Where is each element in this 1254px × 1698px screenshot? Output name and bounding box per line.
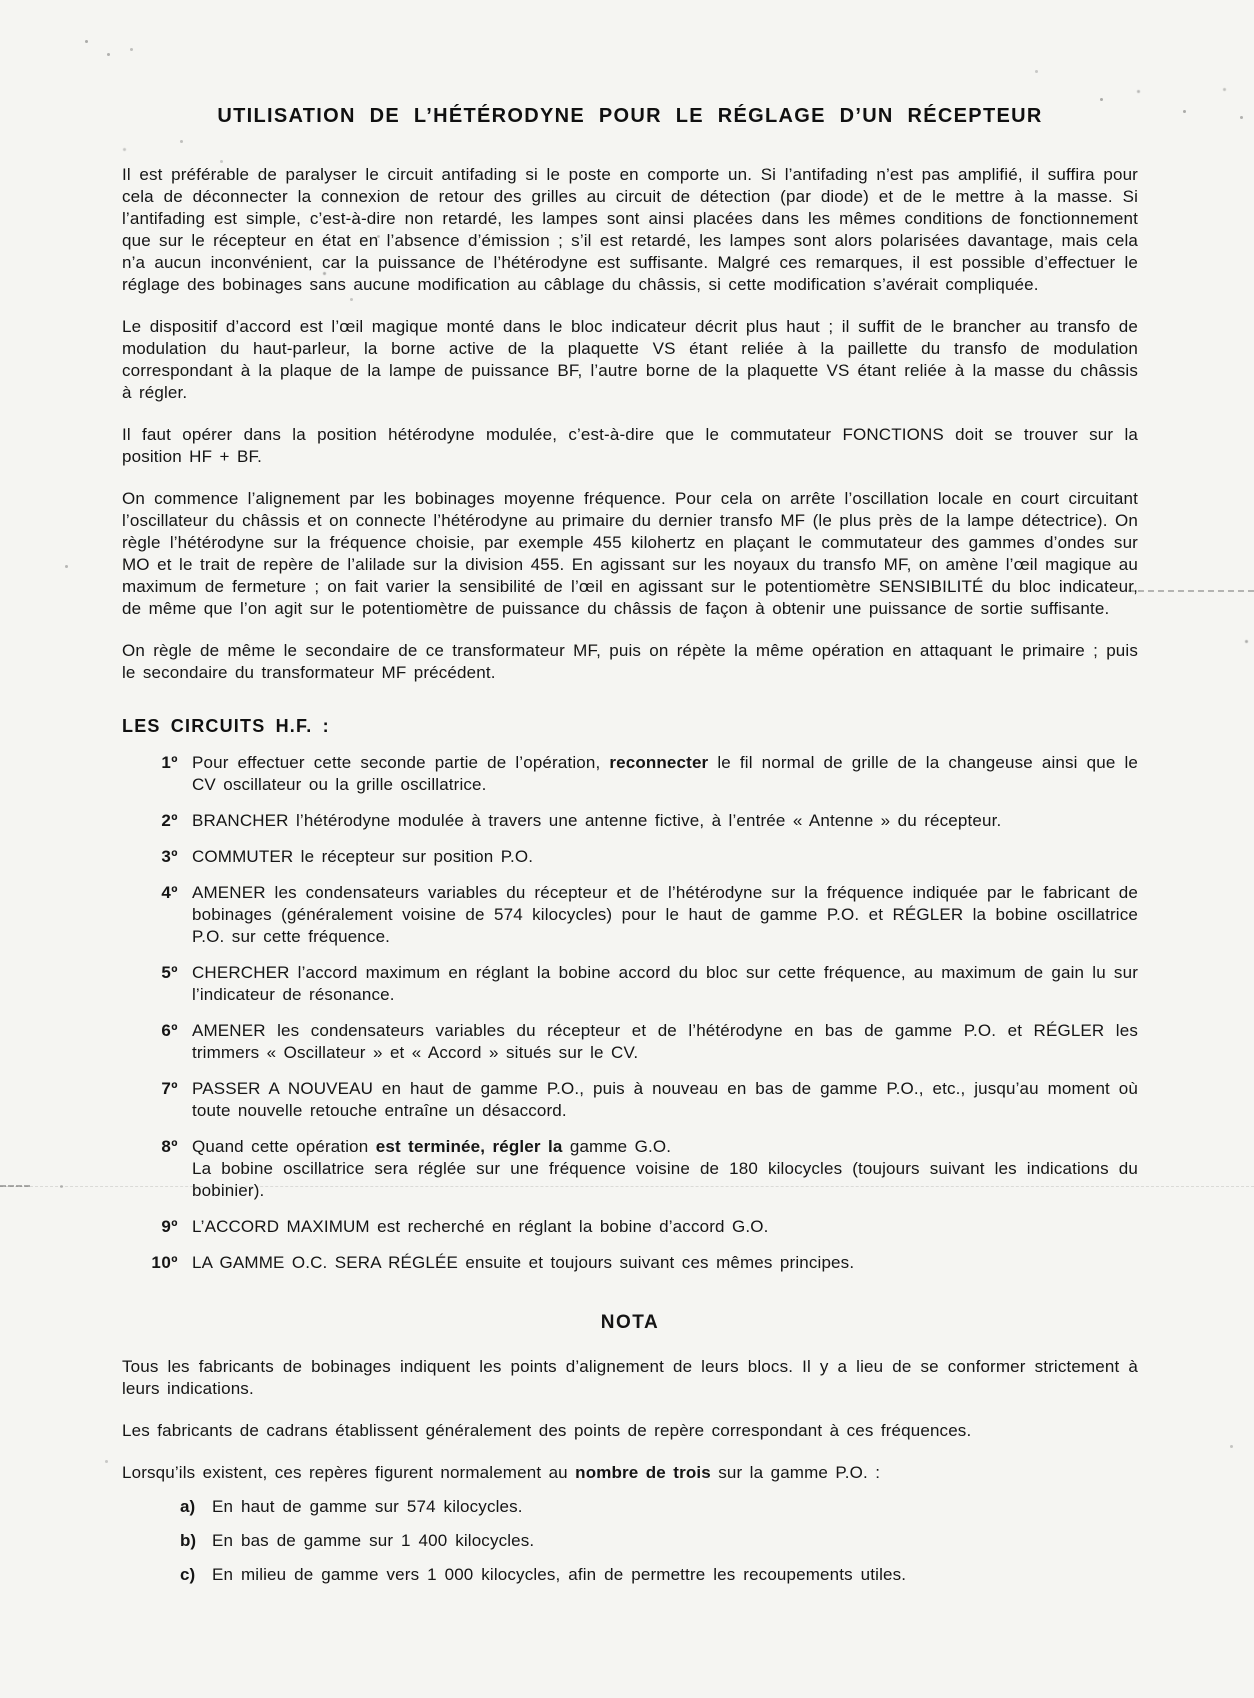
hf-step-2: 2º BRANCHER l’hétérodyne modulée à trave… (132, 810, 1138, 832)
intro-paragraph-5: On règle de même le secondaire de ce tra… (122, 640, 1138, 684)
nota-paragraph-2: Les fabricants de cadrans établissent gé… (122, 1420, 1138, 1442)
hf-step-10: 10º LA GAMME O.C. SERA RÉGLÉE ensuite et… (132, 1252, 1138, 1274)
item-marker: 1º (132, 752, 192, 796)
item-marker: 7º (132, 1078, 192, 1122)
nota-paragraph-3-pre: Lorsqu’ils existent, ces repères figuren… (122, 1463, 575, 1482)
item-text: LA GAMME O.C. SERA RÉGLÉE ensuite et tou… (192, 1252, 1138, 1274)
point-b: b) En bas de gamme sur 1 400 kilocycles. (180, 1530, 1138, 1552)
nota-heading: NOTA (122, 1310, 1138, 1336)
document-title: UTILISATION DE L’HÉTÉRODYNE POUR LE RÉGL… (122, 0, 1138, 130)
item-text-bold: reconnecter (609, 753, 708, 772)
item-text: PASSER A NOUVEAU en haut de gamme P.O., … (192, 1078, 1138, 1122)
item-text-bold: est terminée, régler la (376, 1137, 563, 1156)
intro-paragraph-4: On commence l’alignement par les bobinag… (122, 488, 1138, 620)
item-text-pre: Quand cette opération (192, 1137, 376, 1156)
nota-paragraph-3-post: sur la gamme P.O. : (711, 1463, 880, 1482)
document-content: UTILISATION DE L’HÉTÉRODYNE POUR LE RÉGL… (122, 0, 1138, 1586)
paper-fold-artifact-left (0, 1185, 30, 1187)
item-marker: 5º (132, 962, 192, 1006)
point-label: c) (180, 1564, 212, 1586)
alignment-points-list: a) En haut de gamme sur 574 kilocycles. … (180, 1496, 1138, 1586)
intro-paragraph-3: Il faut opérer dans la position hétérody… (122, 424, 1138, 468)
item-text: Pour effectuer cette seconde partie de l… (192, 752, 1138, 796)
item-marker: 2º (132, 810, 192, 832)
paper-fold-artifact-right (1128, 590, 1254, 592)
hf-step-8: 8º Quand cette opération est terminée, r… (132, 1136, 1138, 1202)
hf-step-6: 6º AMENER les condensateurs variables du… (132, 1020, 1138, 1064)
nota-paragraph-3: Lorsqu’ils existent, ces repères figuren… (122, 1462, 1138, 1484)
point-text: En milieu de gamme vers 1 000 kilocycles… (212, 1564, 1138, 1586)
scanned-document-page: UTILISATION DE L’HÉTÉRODYNE POUR LE RÉGL… (0, 0, 1254, 1698)
item-text: AMENER les condensateurs variables du ré… (192, 882, 1138, 948)
hf-step-3: 3º COMMUTER le récepteur sur position P.… (132, 846, 1138, 868)
hf-section-heading: LES CIRCUITS H.F. : (122, 714, 1138, 738)
item-text-post: gamme G.O. (562, 1137, 671, 1156)
scan-specks (85, 40, 88, 43)
hf-step-7: 7º PASSER A NOUVEAU en haut de gamme P.O… (132, 1078, 1138, 1122)
item-text: CHERCHER l’accord maximum en réglant la … (192, 962, 1138, 1006)
intro-paragraph-1: Il est préférable de paralyser le circui… (122, 164, 1138, 296)
item-text: AMENER les condensateurs variables du ré… (192, 1020, 1138, 1064)
point-c: c) En milieu de gamme vers 1 000 kilocyc… (180, 1564, 1138, 1586)
hf-step-4: 4º AMENER les condensateurs variables du… (132, 882, 1138, 948)
item-text-pre: Pour effectuer cette seconde partie de l… (192, 753, 609, 772)
item-text-line1: Quand cette opération est terminée, régl… (192, 1136, 1138, 1158)
item-text: BRANCHER l’hétérodyne modulée à travers … (192, 810, 1138, 832)
point-text: En bas de gamme sur 1 400 kilocycles. (212, 1530, 1138, 1552)
hf-step-9: 9º L’ACCORD MAXIMUM est recherché en rég… (132, 1216, 1138, 1238)
point-a: a) En haut de gamme sur 574 kilocycles. (180, 1496, 1138, 1518)
point-label: b) (180, 1530, 212, 1552)
item-marker: 8º (132, 1136, 192, 1202)
intro-paragraph-2: Le dispositif d’accord est l’œil magique… (122, 316, 1138, 404)
item-text-line2: La bobine oscillatrice sera réglée sur u… (192, 1158, 1138, 1202)
item-marker: 9º (132, 1216, 192, 1238)
point-text: En haut de gamme sur 574 kilocycles. (212, 1496, 1138, 1518)
nota-paragraph-1: Tous les fabricants de bobinages indique… (122, 1356, 1138, 1400)
item-marker: 4º (132, 882, 192, 948)
hf-step-5: 5º CHERCHER l’accord maximum en réglant … (132, 962, 1138, 1006)
item-marker: 3º (132, 846, 192, 868)
nota-paragraph-3-bold: nombre de trois (575, 1463, 711, 1482)
item-marker: 10º (132, 1252, 192, 1274)
hf-step-1: 1º Pour effectuer cette seconde partie d… (132, 752, 1138, 796)
item-text: Quand cette opération est terminée, régl… (192, 1136, 1138, 1202)
hf-steps-list: 1º Pour effectuer cette seconde partie d… (132, 752, 1138, 1274)
point-label: a) (180, 1496, 212, 1518)
item-text: L’ACCORD MAXIMUM est recherché en réglan… (192, 1216, 1138, 1238)
item-marker: 6º (132, 1020, 192, 1064)
item-text: COMMUTER le récepteur sur position P.O. (192, 846, 1138, 868)
